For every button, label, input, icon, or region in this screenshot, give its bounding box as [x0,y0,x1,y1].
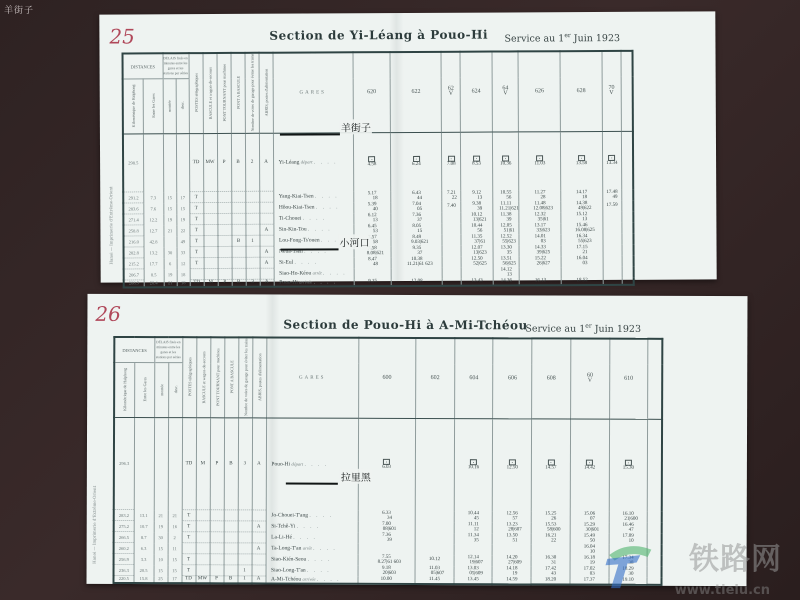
time-arrival: 11.11 [468,522,479,527]
pont-tournant-header: PONT TOURNANT pour machines [217,53,231,133]
time-arrival: 13.17 [535,223,546,228]
distances-header: DISTANCES [114,337,154,363]
time-arrival: 17.59 [606,203,617,208]
time-cell: 14.3849|622 [561,201,603,212]
time-arrival: 16.30 [545,555,556,560]
time-arrival: 8.05 [412,224,421,229]
time-arrival: 7.21 [447,190,456,195]
abri-cell: A [260,279,274,286]
abri-cell [260,268,274,279]
time-cell: ▪8.53 [460,132,492,191]
delai-montee-cell [163,236,176,247]
time-cell: 9.35 [354,279,392,286]
pont-tournant-cell [218,247,232,258]
time-cell: 10.1213|621 [461,212,493,223]
time-cell: 15.0607 [570,511,609,522]
time-cell: 13.0305|609 [454,566,493,577]
time-cell: 10.4456 [461,223,493,234]
delai-descente-cell: 11 [168,543,182,554]
delai-montee-cell: 19 [154,521,168,532]
bascule-cell [196,543,210,554]
class-box-icon: ▪ [413,156,420,162]
time-arrival: 9.18 [382,566,391,571]
entre-gares-cell: 3.3 [134,554,154,565]
time-cell: 15.1213 [561,212,603,223]
delai-descente-cell: 33 [177,247,190,258]
time-cell [622,255,634,266]
time-arrival: 15.22 [535,256,546,261]
section-title: Section de Yi-Léang à Pouo-Hi [269,28,488,43]
km-cell: 208.3 [124,280,144,287]
train-header: 62V [441,52,460,132]
km-cell: 236.3 [114,565,134,576]
delai-descente-cell: 15 [168,554,182,565]
delais-descente-header: desc. [168,363,182,417]
station-name: Yi-Léang départ . . . . [273,132,353,191]
time-cell: 11.4812.08|623 [519,201,561,212]
class-box-icon: ▪ [470,459,477,465]
time-cell: 9.1820|603 [358,565,416,576]
abri-cell: A [251,576,265,583]
station-note: arrêt [303,546,312,551]
time-arrival: 4.58 [368,162,377,167]
entre-gares-cell: 8.5 [144,269,164,280]
time-cell: 15.4616.08|625 [561,223,603,234]
pont-bascule-cell [231,202,245,213]
abris-header: ABRIS, postes d'alimentation [259,53,273,133]
time-arrival: 6.45 [368,224,377,229]
time-cell [358,543,416,554]
time-arrival: 15.06 [584,511,595,516]
time-arrival: 8.47 [368,257,377,262]
time-arrival: 8.53 [472,162,481,167]
time-cell [442,234,461,245]
delai-montee-cell: 21 [163,225,176,236]
time-arrival: 10.36 [500,161,511,166]
time-arrival: 14.57 [545,465,556,470]
abri-cell [259,191,273,202]
entre-gares-cell: 12.7 [143,225,163,236]
time-cell [622,222,634,233]
delai-descente-cell: 16 [168,521,182,532]
leader-dots: . . . . [305,461,329,467]
pont-bascule-cell: B [231,235,245,246]
station-label: Jo-Chouei-T'ang [271,513,308,519]
time-cell: 11.0305|607 [415,566,454,577]
entre-gares-cell: 6.3 [134,543,154,554]
station-name: La-Li-Hé . . . . [266,532,358,543]
station-label: Si-Eul [279,260,293,266]
abris-header: ABRIS, postes d'alimentation [252,337,266,417]
abri-cell [259,202,273,213]
time-arrival: 9.12 [472,190,481,195]
entre-gares-cell: 42.8 [143,236,163,247]
voies-cell [238,543,252,554]
voies-cell: 3 [246,279,260,286]
time-arrival: 11.34 [468,533,479,538]
poste-cell [190,269,204,280]
station-note: départ [301,159,313,164]
time-cell [415,544,454,555]
time-arrival: 7.36 [412,213,421,218]
time-cell: 12.5657 [493,511,532,522]
class-box-icon: ▪ [625,459,632,465]
time-cell [442,256,461,267]
leader-dots: . . . . [314,159,338,165]
bascule-cell [204,258,218,269]
delai-montee-cell: 30 [164,247,177,258]
delai-montee-cell: 30 [154,532,168,543]
time-arrival: 14.01 [535,234,546,239]
pont-bascule-cell [224,510,238,521]
delai-descente-cell [176,133,189,192]
time-arrival: 16.18 [584,555,595,560]
time-cell: 14.1718 [561,190,603,201]
time-cell: 16.2122 [531,533,570,544]
station-name: Pouo-Hi arrivée . . . . [274,279,354,286]
time-arrival: 12.56 [506,511,517,516]
train-header [648,339,662,419]
leader-dots: . . . . [297,524,321,530]
time-cell [443,278,462,285]
station-name: A-Mi-Tchéou arrivée . . . . [265,576,357,583]
delai-descente-cell: 49 [176,236,189,247]
time-arrival: 7.36 [382,533,391,538]
time-cell [603,278,622,285]
class-box-icon: ▪ [448,156,455,162]
watermark-url: www.tielu.cn [675,583,770,598]
leader-dots: . . . . [323,270,347,276]
time-cell: 8.0515 [391,223,442,234]
bascule-cell: MW [195,576,209,583]
bascule-header: BASCULE et wagon-de-secours [203,53,217,133]
time-cell: 13.45 [454,577,493,584]
time-arrival: 15.30 [623,466,634,471]
station-label: La-Li-Hé [271,535,292,541]
time-cell [493,544,532,555]
handwritten-page-number: 25 [109,24,135,48]
time-arrival: 10.16 [468,465,479,470]
time-cell [622,233,634,244]
km-cell: 283.6 [123,203,143,214]
timetable-table: DISTANCES DÉLAIS fixés en minutes entre … [122,50,635,288]
time-cell: 16.0403 [561,256,603,267]
delai-montee-cell: 21 [154,510,168,521]
time-arrival: 13.50 [506,533,517,538]
time-arrival: 10.44 [471,223,482,228]
time-arrival: 14.18 [506,566,517,571]
time-cell: 7.40 [442,201,461,212]
delai-montee-cell: 21 [164,280,177,287]
station-label: Lou-Fong-Ts'ouen [279,238,320,244]
station-label: Yang-Kiai-Tsen [279,194,314,200]
time-cell: 11.1111.21|621 [493,201,520,212]
pont-bascule-cell [224,543,238,554]
time-cell: 11.1112 [454,522,493,533]
voies-header: Nombre de voies de garage pour éviter le… [245,53,259,133]
pont-tournant-cell [217,236,231,247]
pont-tournant-cell: P [217,133,231,192]
time-arrival: 7.08 [447,162,456,167]
handwritten-page-number: 26 [95,302,121,326]
class-box-icon: ▪ [368,156,375,162]
station-name: Jo-Chouei-T'ang . . . . [266,510,358,521]
poste-cell: T [189,214,203,225]
time-arrival: 11.45 [429,577,440,582]
voies-cell [238,510,252,521]
pont-tournant-cell [210,521,224,532]
station-label: Si-Tchê-Yi [271,524,295,530]
time-cell [442,245,461,256]
km-header: Kilométrique de Haïphong [114,363,134,417]
delai-montee-cell: 15 [154,565,168,576]
train-header: 60V [570,339,609,419]
time-arrival: 13.23 [506,522,517,527]
delai-montee-cell [163,133,176,192]
time-arrival: 10.44 [468,511,479,516]
poste-cell: T [182,510,196,521]
station-name: Yang-Kiai-Tsen . . . . [273,191,353,202]
time-arrival: 11.48 [535,201,546,206]
time-arrival: 12.50 [507,465,518,470]
time-arrival: 5.39 [368,202,377,207]
time-cell: 10.12 [415,555,454,566]
delai-descente-cell: 2 [168,532,182,543]
bascule-cell [203,236,217,247]
time-cell: ▪6.24 [391,132,442,191]
annotation-underline [281,248,339,250]
time-arrival: 15.46 [576,223,587,228]
time-cell: 6.4344 [391,190,442,201]
pont-bascule-cell [232,257,246,268]
delai-descente-cell: 12 [177,258,190,269]
pont-tournant-cell [217,192,231,203]
abri-cell [259,235,273,246]
abri-cell: A [252,417,266,510]
gares-header: GARES [266,337,358,417]
time-cell: 15.2226|627 [520,256,562,267]
time-cell: 11.45 [415,577,454,584]
class-box-icon: ▪ [547,459,554,465]
time-cell: 14.1213 [493,267,520,278]
km-cell: 202.8 [124,247,144,258]
annotation-lalihei: 拉里黑 [340,469,372,484]
station-note: arrêt [313,271,322,276]
voies-cell [245,224,259,235]
time-cell: 17.4849 [602,190,621,201]
voies-cell: 2 [245,133,259,192]
leader-dots: . . . . [307,568,331,574]
time-arrival: 16.34 [576,234,587,239]
time-cell: 14.3339|625 [519,245,561,256]
time-cell [415,511,454,522]
leader-dots: . . . . [309,513,333,519]
time-arrival: 16.46 [623,522,634,527]
time-cell: 10.3811.21|61 623 [391,256,442,267]
time-cell: 9.3537 [391,245,442,256]
time-cell: ▪15.30 [609,419,648,512]
time-cell: ▪14.42 [570,419,609,512]
time-cell: 11.3435 [454,533,493,544]
station-name: Si-Tchê-Yi . . . . [266,521,358,532]
time-arrival: 16.10 [623,511,634,516]
time-arrival: 5.17 [368,191,377,196]
time-arrival: 13.51 [501,256,512,261]
km-cell: 260.2 [114,543,134,554]
delais-header: DÉLAIS fixés en minutes entre les gares … [163,53,189,79]
bascule-cell [196,510,210,521]
station-label: A-Mi-Tchéou [271,576,301,582]
time-arrival: 11.27 [534,190,545,195]
poste-cell: T [182,554,196,565]
pont-bascule-header: PONT A BASCULE [224,337,238,417]
entre-gares-cell: 13.2 [144,247,164,258]
delai-montee-cell: 19 [163,214,176,225]
poste-cell: T [189,203,203,214]
voies-cell [246,246,260,257]
time-arrival: 12.05 [500,223,511,228]
time-cell: 7.0405 [391,201,442,212]
time-arrival: 14.12 [501,267,512,272]
train-header: 606 [493,338,532,418]
time-cell [621,131,633,190]
voies-cell: 1 [237,576,251,583]
time-arrival: 17.37 [584,577,595,582]
abri-cell: A [260,257,274,268]
pont-tournant-cell [210,554,224,565]
time-cell: 5.3940 [353,202,391,213]
delai-montee-cell: 15 [154,543,168,554]
time-arrival: 9.35 [412,246,421,251]
watermark-logo-icon [600,535,655,590]
time-cell [622,244,634,255]
entre-gares-cell: 12.2 [143,214,163,225]
km-cell: 206.7 [124,269,144,280]
station-label: Sin-Kin-Tou [279,227,307,233]
abri-cell: A [259,224,273,235]
time-cell [603,256,622,267]
leader-dots: . . . . [316,205,340,211]
pont-bascule-cell: B [231,133,245,192]
time-cell: 17.4243 [531,566,570,577]
annotation-underline [280,133,340,135]
pont-bascule-cell: B [224,417,238,510]
leader-dots: . . . . [308,557,332,563]
km-cell: 220.5 [114,576,134,583]
time-cell: 10.5556 [493,190,520,201]
time-cell: ▪13.34 [602,131,621,190]
train-header: 628 [560,51,602,131]
voies-cell [238,521,252,532]
delai-descente-cell: 15 [176,203,189,214]
pont-tournant-cell [218,269,232,280]
pont-tournant-cell [210,543,224,554]
pont-tournant-cell: P [210,417,224,510]
bascule-cell [196,554,210,565]
km-cell: 258.8 [123,225,143,236]
time-cell: 8.499.03|621 [391,234,442,245]
time-arrival: 6.12 [368,213,377,218]
time-cell: 5.1718 [353,191,391,202]
time-arrival: 6.43 [412,191,421,196]
time-cell [415,533,454,544]
time-cell: 13.1733|623 [519,223,561,234]
time-arrival: 13.03 [468,566,479,571]
km-cell: 271.4 [123,214,143,225]
time-cell: 17.59 [603,201,622,212]
class-box-icon: ▪ [608,155,615,161]
train-header: 624 [460,52,492,132]
entre-gares-cell: 20.4 [144,280,164,287]
poste-cell: TD [189,133,203,192]
station-note: arrivée [303,576,316,581]
km-cell: 283.2 [114,510,134,521]
leader-dots: . . . . [314,279,338,285]
time-cell [442,223,461,234]
delai-montee-cell: 6 [164,258,177,269]
time-cell [622,211,634,222]
leader-dots: . . . . [317,576,341,582]
time-cell: 9.3839 [461,201,493,212]
section-title: Section de Pouo-Hi à A-Mi-Tchéou [283,318,527,333]
voies-cell [245,191,259,202]
time-arrival: 12.07 [471,245,482,250]
voies-cell [246,257,260,268]
time-arrival: 12.14 [468,555,479,560]
time-arrival: 13.45 [468,577,479,582]
postes-header: POSTES télégraphiques [189,53,203,133]
time-cell: 7.3637 [391,212,442,223]
abri-cell: A [252,543,266,554]
bascule-cell [196,532,210,543]
delai-descente-cell: 15 [168,565,182,576]
time-arrival: 15.49 [584,533,595,538]
time-arrival: 6.24 [412,162,421,167]
time-cell: 16.3455|623 [561,234,603,245]
time-cell: ▪12.50 [493,418,532,511]
train-header: 626 [518,51,560,131]
entre-gares-cell [134,417,154,510]
pont-tournant-cell: P [209,576,223,583]
station-label: Pouo-Hi [271,461,290,467]
voies-cell [238,554,252,565]
delai-montee-cell: 10 [154,554,168,565]
time-cell: 7.2122 [442,190,461,201]
time-arrival: 18.20 [545,577,556,582]
time-cell: 15.2930|601 [570,522,609,533]
bascule-cell: M [196,417,210,510]
voies-cell: 3 [238,417,252,510]
time-cell: 11.2728 [519,190,561,201]
delai-descente-cell: 17 [168,576,182,583]
time-cell [622,189,634,200]
entre-gares-header: Entre les Gares [134,363,154,417]
km-cell: 266.5 [114,532,134,543]
poste-cell: T [182,565,196,576]
time-cell: 13.5156|625 [493,256,520,267]
pont-bascule-cell [224,565,238,576]
voies-cell [245,202,259,213]
time-arrival: 16.04 [584,544,595,549]
leader-dots: . . . . [303,216,327,222]
station-label: Ti-Chouei [279,216,301,222]
bascule-cell [203,192,217,203]
poste-cell: T [182,521,196,532]
entre-gares-cell: 10.7 [134,521,154,532]
station-name: Siao-Kién-Seou . . . . [266,554,358,565]
time-arrival: 16.21 [545,533,556,538]
poste-cell: TD [190,280,204,287]
